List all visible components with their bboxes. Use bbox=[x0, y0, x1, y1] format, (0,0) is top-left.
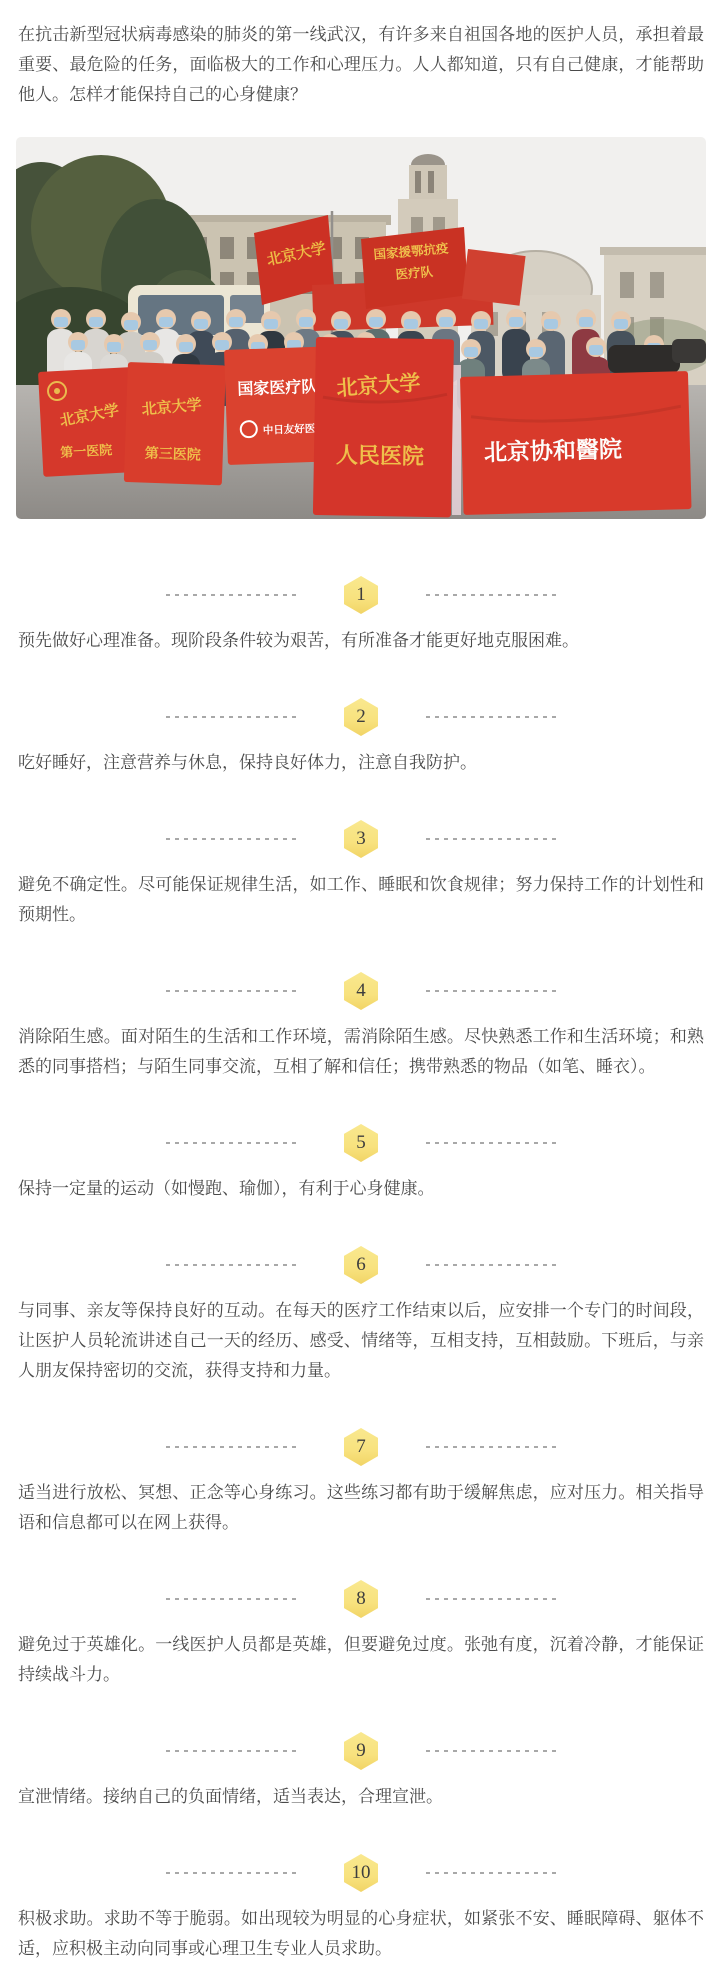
divider-dash-left bbox=[166, 1750, 296, 1752]
tip-number-badge: 9 bbox=[344, 1732, 378, 1770]
medical-team-photo[interactable]: 北京大学 国家援鄂抗疫 医疗队 bbox=[16, 137, 706, 519]
tip-divider: 10 bbox=[0, 1854, 722, 1892]
tip-section-4: 4 消除陌生感。面对陌生的生活和工作环境，需消除陌生感。尽快熟悉工作和生活环境；… bbox=[0, 972, 722, 1082]
tip-section-3: 3 避免不确定性。尽可能保证规律生活，如工作、睡眠和饮食规律；努力保持工作的计划… bbox=[0, 820, 722, 930]
divider-dash-right bbox=[426, 1142, 556, 1144]
tip-number: 7 bbox=[356, 1436, 366, 1458]
tip-section-7: 7 适当进行放松、冥想、正念等心身练习。这些练习都有助于缓解焦虑，应对压力。相关… bbox=[0, 1428, 722, 1538]
divider-dash-right bbox=[426, 1264, 556, 1266]
tip-section-8: 8 避免过于英雄化。一线医护人员都是英雄，但要避免过度。张弛有度，沉着冷静，才能… bbox=[0, 1580, 722, 1690]
tip-text: 与同事、亲友等保持良好的互动。在每天的医疗工作结束以后，应安排一个专门的时间段，… bbox=[18, 1296, 704, 1386]
banner-peking-union: 北京协和醫院 bbox=[460, 371, 692, 515]
divider-dash-right bbox=[426, 838, 556, 840]
banner-text: 北京协和醫院 bbox=[484, 436, 623, 466]
tip-divider: 1 bbox=[0, 576, 722, 614]
divider-dash-left bbox=[166, 1446, 296, 1448]
tip-number: 4 bbox=[356, 980, 366, 1002]
tip-number-badge: 4 bbox=[344, 972, 378, 1010]
tip-number-badge: 1 bbox=[344, 576, 378, 614]
tip-divider: 6 bbox=[0, 1246, 722, 1284]
tip-section-2: 2 吃好睡好，注意营养与休息，保持良好体力，注意自我防护。 bbox=[0, 698, 722, 778]
tip-section-1: 1 预先做好心理准备。现阶段条件较为艰苦，有所准备才能更好地克服困难。 bbox=[0, 576, 722, 656]
divider-dash-right bbox=[426, 1750, 556, 1752]
tip-text: 避免不确定性。尽可能保证规律生活，如工作、睡眠和饮食规律；努力保持工作的计划性和… bbox=[18, 870, 704, 930]
tip-text: 避免过于英雄化。一线医护人员都是英雄，但要避免过度。张弛有度，沉着冷静，才能保证… bbox=[18, 1630, 704, 1690]
tip-number: 2 bbox=[356, 706, 366, 728]
tip-number: 6 bbox=[356, 1254, 366, 1276]
tip-divider: 4 bbox=[0, 972, 722, 1010]
tip-number: 5 bbox=[356, 1132, 366, 1154]
tip-text: 宣泄情绪。接纳自己的负面情绪，适当表达，合理宣泄。 bbox=[18, 1782, 704, 1812]
tip-number: 9 bbox=[356, 1740, 366, 1762]
divider-dash-right bbox=[426, 1446, 556, 1448]
banner-text: 第一医院 bbox=[60, 442, 113, 460]
tip-number: 10 bbox=[352, 1862, 371, 1884]
tip-number: 1 bbox=[356, 584, 366, 606]
divider-dash-left bbox=[166, 1598, 296, 1600]
tip-text: 消除陌生感。面对陌生的生活和工作环境，需消除陌生感。尽快熟悉工作和生活环境；和熟… bbox=[18, 1022, 704, 1082]
divider-dash-left bbox=[166, 838, 296, 840]
tip-divider: 5 bbox=[0, 1124, 722, 1162]
tip-text: 积极求助。求助不等于脆弱。如出现较为明显的心身症状，如紧张不安、睡眠障碍、躯体不… bbox=[18, 1904, 704, 1964]
banner-text: 人民医院 bbox=[336, 442, 424, 469]
intro-paragraph: 在抗击新型冠状病毒感染的肺炎的第一线武汉，有许多来自祖国各地的医护人员，承担着最… bbox=[18, 20, 704, 110]
banner-beida-peoples-hospital: 北京大学 人民医院 bbox=[313, 337, 454, 517]
tip-divider: 3 bbox=[0, 820, 722, 858]
tip-number-badge: 2 bbox=[344, 698, 378, 736]
article-page: 在抗击新型冠状病毒感染的肺炎的第一线武汉，有许多来自祖国各地的医护人员，承担着最… bbox=[0, 0, 722, 1985]
divider-dash-left bbox=[166, 1264, 296, 1266]
divider-dash-right bbox=[426, 594, 556, 596]
photo-illustration: 北京大学 国家援鄂抗疫 医疗队 bbox=[16, 137, 706, 519]
tip-divider: 8 bbox=[0, 1580, 722, 1618]
tip-section-6: 6 与同事、亲友等保持良好的互动。在每天的医疗工作结束以后，应安排一个专门的时间… bbox=[0, 1246, 722, 1386]
tip-number-badge: 6 bbox=[344, 1246, 378, 1284]
tip-section-9: 9 宣泄情绪。接纳自己的负面情绪，适当表达，合理宣泄。 bbox=[0, 1732, 722, 1812]
tip-number-badge: 5 bbox=[344, 1124, 378, 1162]
tip-number-badge: 7 bbox=[344, 1428, 378, 1466]
photo-pole bbox=[452, 365, 461, 515]
banner-beida-third-hospital: 北京大学 第三医院 bbox=[124, 362, 226, 485]
divider-dash-left bbox=[166, 1142, 296, 1144]
divider-dash-right bbox=[426, 716, 556, 718]
divider-dash-right bbox=[426, 1598, 556, 1600]
divider-dash-left bbox=[166, 594, 296, 596]
tip-section-5: 5 保持一定量的运动（如慢跑、瑜伽），有利于心身健康。 bbox=[0, 1124, 722, 1204]
divider-dash-right bbox=[426, 990, 556, 992]
tip-text: 保持一定量的运动（如慢跑、瑜伽），有利于心身健康。 bbox=[18, 1174, 704, 1204]
tip-text: 适当进行放松、冥想、正念等心身练习。这些练习都有助于缓解焦虑，应对压力。相关指导… bbox=[18, 1478, 704, 1538]
tip-text: 吃好睡好，注意营养与休息，保持良好体力，注意自我防护。 bbox=[18, 748, 704, 778]
divider-dash-left bbox=[166, 990, 296, 992]
tip-number-badge: 3 bbox=[344, 820, 378, 858]
banner-beida-first-hospital: 北京大学 第一医院 bbox=[38, 367, 138, 477]
divider-dash-left bbox=[166, 716, 296, 718]
divider-dash-left bbox=[166, 1872, 296, 1874]
tip-divider: 9 bbox=[0, 1732, 722, 1770]
tip-text: 预先做好心理准备。现阶段条件较为艰苦，有所准备才能更好地克服困难。 bbox=[18, 626, 704, 656]
tip-divider: 2 bbox=[0, 698, 722, 736]
tip-divider: 7 bbox=[0, 1428, 722, 1466]
tip-number-badge: 8 bbox=[344, 1580, 378, 1618]
tip-section-10: 10 积极求助。求助不等于脆弱。如出现较为明显的心身症状，如紧张不安、睡眠障碍、… bbox=[0, 1854, 722, 1964]
tip-number-badge: 10 bbox=[344, 1854, 378, 1892]
banner-text: 第三医院 bbox=[145, 445, 202, 463]
divider-dash-right bbox=[426, 1872, 556, 1874]
tip-number: 3 bbox=[356, 828, 366, 850]
tip-number: 8 bbox=[356, 1588, 366, 1610]
